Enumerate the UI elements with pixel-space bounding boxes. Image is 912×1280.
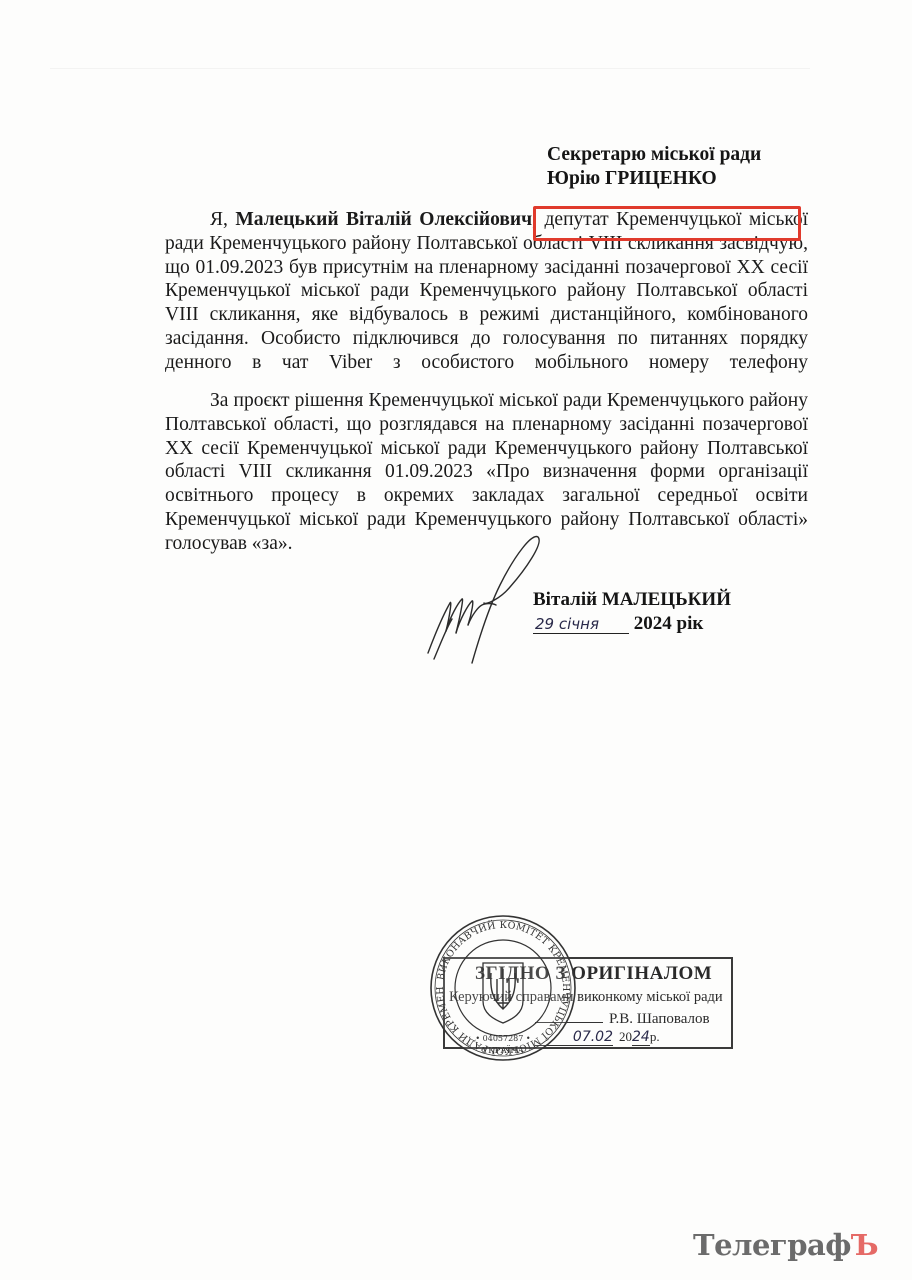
official-seal-icon: ВИКОНАВЧИЙ КОМІТЕТ КРЕМЕНЧУЦЬКОЇ МІСЬКОЇ… [428, 913, 578, 1063]
logo-accent-letter: Ъ [851, 1228, 878, 1262]
line-prefix: Я, [210, 209, 235, 230]
stamp-year-handwritten: 24 [632, 1029, 650, 1046]
addressee-line-1: Секретарю міської ради [547, 143, 761, 167]
paragraph-line: освітнього процесу в окремих закладах за… [165, 484, 808, 508]
deputy-name: Малецький Віталій Олексійович [235, 209, 532, 230]
paragraph-line: денного в чат Viber з особистого мобільн… [165, 351, 808, 375]
handwritten-signature-icon [420, 525, 540, 665]
paragraph-line: Кременчуцької міської ради Кременчуцьког… [165, 279, 808, 303]
signature-year: 2024 рік [634, 613, 704, 634]
paragraph-line: області VIII скликання 01.09.2023 «Про в… [165, 460, 808, 484]
signer-block: Віталій МАЛЕЦЬКИЙ 29 січня 2024 рік [533, 588, 731, 636]
red-highlight-box [533, 206, 801, 241]
stamp-year-prefix: 20 [619, 1029, 632, 1044]
stamp-signatory: Р.В. Шаповалов [609, 1011, 710, 1027]
telegraf-watermark-logo: ТелеграфЪ [693, 1228, 878, 1262]
paragraph-line: За проєкт рішення Кременчуцької міської … [165, 389, 808, 413]
scanned-document-page: Секретарю міської ради Юрію ГРИЦЕНКО Я, … [0, 0, 912, 1280]
stamp-year-suffix: р. [650, 1029, 660, 1044]
paragraph-line: XX сесії Кременчуцької міської ради Крем… [165, 437, 808, 461]
seal-code: • 04057287 • [475, 1034, 530, 1043]
addressee-block: Секретарю міської ради Юрію ГРИЦЕНКО [547, 143, 761, 191]
paragraph-line: що 01.09.2023 був присутнім на пленарном… [165, 256, 808, 280]
paragraph-line: Полтавської області, що розглядався на п… [165, 413, 808, 437]
logo-main-text: Телеграф [693, 1228, 851, 1262]
scan-edge-shadow [50, 68, 810, 69]
signer-name: Віталій МАЛЕЦЬКИЙ [533, 588, 731, 612]
signature-date: 29 січня 2024 рік [533, 612, 731, 636]
paragraph-line: VIII скликання, яке відбувалось в режимі… [165, 303, 808, 327]
paragraph-line: засідання. Особисто підключився до голос… [165, 327, 808, 351]
addressee-line-2: Юрію ГРИЦЕНКО [547, 167, 761, 191]
handwritten-date: 29 січня [533, 615, 629, 634]
seal-country: УКРАЇНА [482, 1044, 525, 1056]
